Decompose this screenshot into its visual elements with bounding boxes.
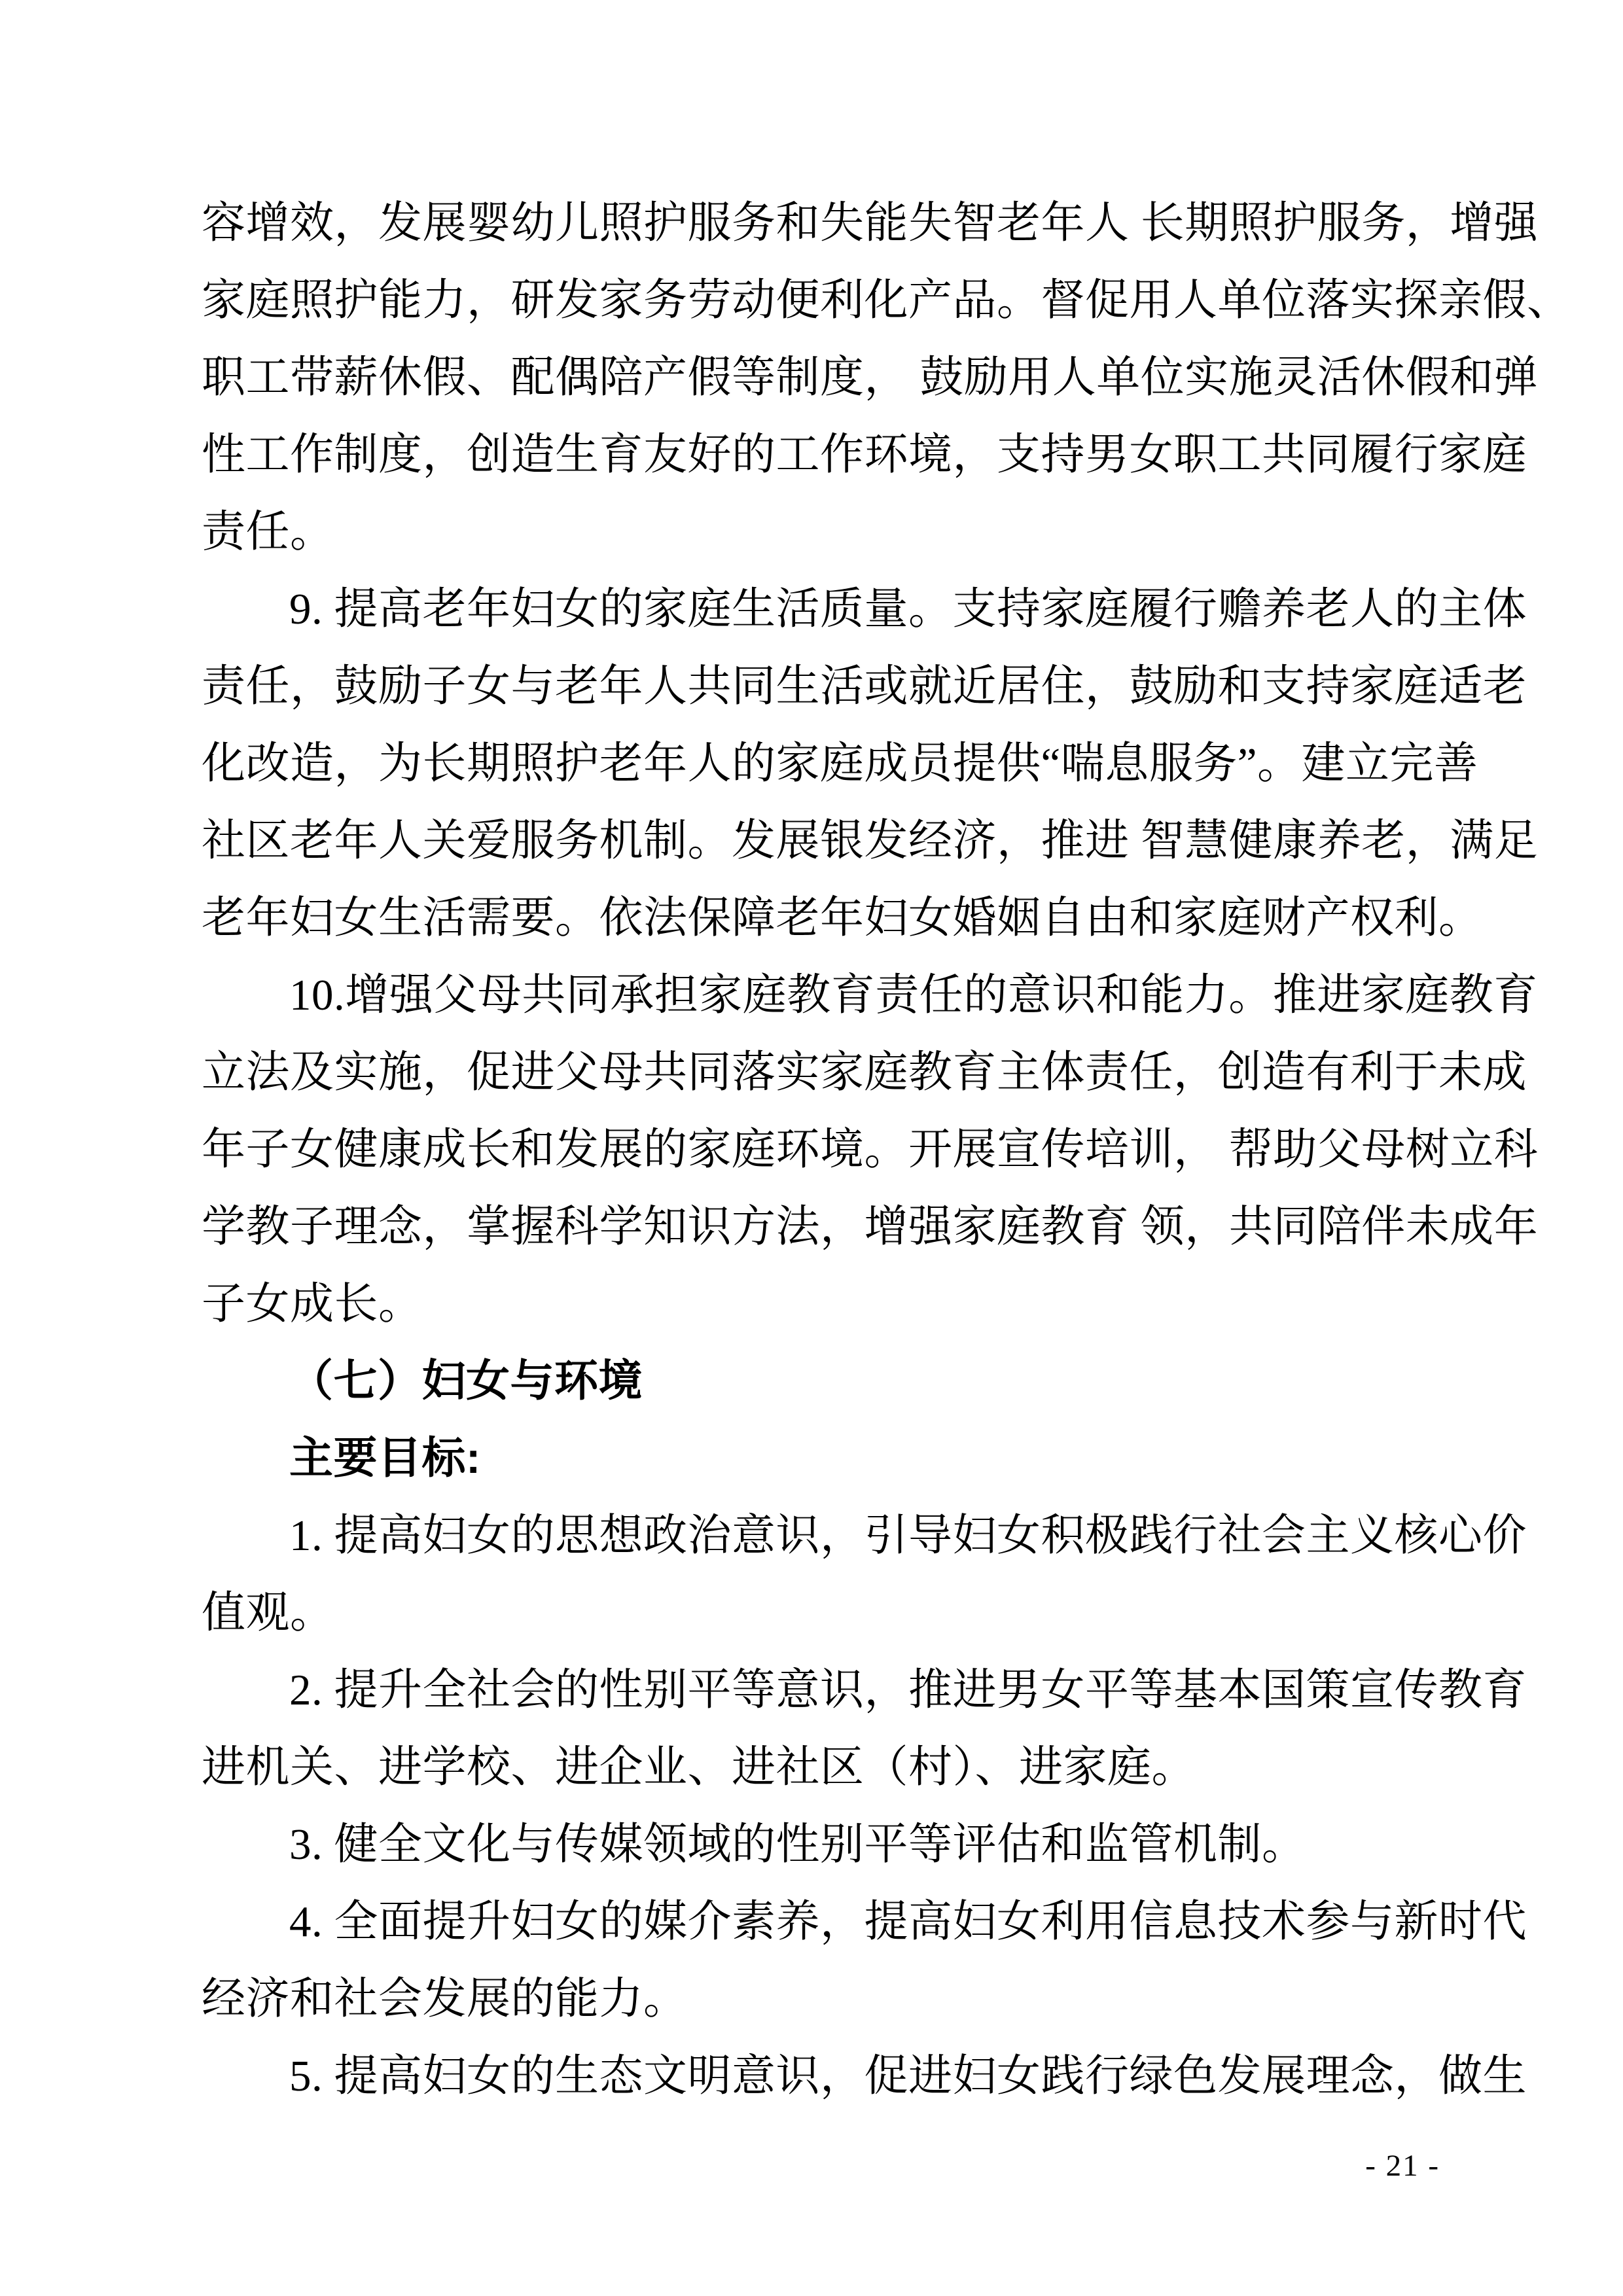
text-line: 社区老年人关爱服务机制。发展银发经济，推进 智慧健康养老，满足 <box>202 802 1445 879</box>
subsection-heading: 主要目标: <box>202 1420 1445 1497</box>
text-line: 责任，鼓励子女与老年人共同生活或就近居住，鼓励和支持家庭适老 <box>202 648 1445 725</box>
text-line-item-1: 1. 提高妇女的思想政治意识，引导妇女积极践行社会主义核心价 <box>202 1497 1445 1574</box>
text-line-item-2: 2. 提升全社会的性别平等意识，推进男女平等基本国策宣传教育 <box>202 1651 1445 1729</box>
text-line-item-5: 5. 提高妇女的生态文明意识，促进妇女践行绿色发展理念，做生 <box>202 2038 1445 2115</box>
text-line: 学教子理念，掌握科学知识方法，增强家庭教育 领，共同陪伴未成年 <box>202 1188 1445 1265</box>
text-line: 值观。 <box>202 1574 1445 1651</box>
text-line-item-3: 3. 健全文化与传媒领域的性别平等评估和监管机制。 <box>202 1806 1445 1883</box>
text-line: 家庭照护能力，研发家务劳动便利化产品。督促用人单位落实探亲假、 <box>202 262 1445 339</box>
page-number: - 21 - <box>1365 2147 1440 2184</box>
text-line: 经济和社会发展的能力。 <box>202 1960 1445 2038</box>
document-body: 容增效，发展婴幼儿照护服务和失能失智老年人 长期照护服务，增强 家庭照护能力，研… <box>202 185 1445 2115</box>
text-line: 职工带薪休假、配偶陪产假等制度， 鼓励用人单位实施灵活休假和弹 <box>202 339 1445 416</box>
document-page: 容增效，发展婴幼儿照护服务和失能失智老年人 长期照护服务，增强 家庭照护能力，研… <box>0 0 1623 2296</box>
text-line: 进机关、进学校、进企业、进社区（村）、进家庭。 <box>202 1729 1445 1806</box>
text-line: 容增效，发展婴幼儿照护服务和失能失智老年人 长期照护服务，增强 <box>202 185 1445 262</box>
text-line: 化改造，为长期照护老年人的家庭成员提供“喘息服务”。建立完善 <box>202 725 1445 802</box>
text-line: 子女成长。 <box>202 1265 1445 1343</box>
text-line-item-4: 4. 全面提升妇女的媒介素养，提高妇女利用信息技术参与新时代 <box>202 1883 1445 1960</box>
section-heading: （七）妇女与环境 <box>202 1343 1445 1420</box>
text-line-item-10: 10.增强父母共同承担家庭教育责任的意识和能力。推进家庭教育 <box>202 957 1445 1034</box>
text-line: 性工作制度，创造生育友好的工作环境，支持男女职工共同履行家庭 <box>202 416 1445 493</box>
text-line: 责任。 <box>202 493 1445 571</box>
text-line-item-9: 9. 提高老年妇女的家庭生活质量。支持家庭履行赡养老人的主体 <box>202 571 1445 648</box>
text-line: 老年妇女生活需要。依法保障老年妇女婚姻自由和家庭财产权利。 <box>202 879 1445 957</box>
text-line: 年子女健康成长和发展的家庭环境。开展宣传培训， 帮助父母树立科 <box>202 1111 1445 1188</box>
text-line: 立法及实施，促进父母共同落实家庭教育主体责任，创造有利于未成 <box>202 1034 1445 1111</box>
